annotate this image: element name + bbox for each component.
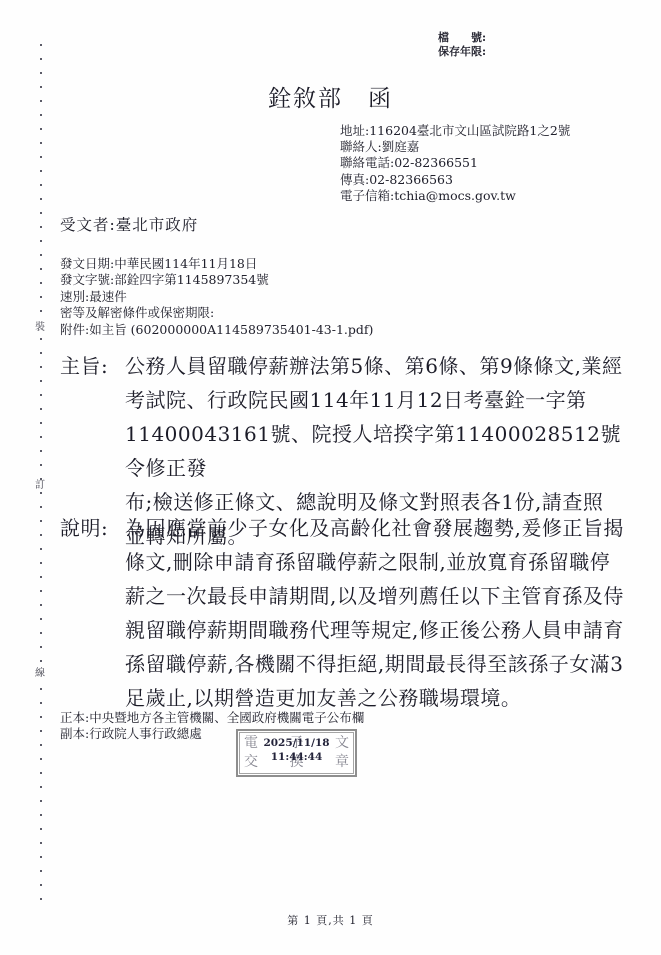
file-number-label: 檔 號: [438, 31, 486, 45]
binding-mark-ding: 訂 [32, 480, 48, 492]
stamp-date: 2025/11/18 [240, 736, 353, 750]
subject-line: 公務人員留職停薪辦法第5條、第6條、第9條條文,業經 [125, 349, 625, 383]
document-title: 銓敘部 函 [0, 80, 661, 113]
explanation-line: 孫留職停薪,各機關不得拒絕,期間最長得至該孫子女滿3 [125, 647, 625, 681]
sender-phone: 聯絡電話:02-82366551 [340, 155, 570, 171]
explanation-body: 為因應當前少子女化及高齡化社會發展趨勢,爰修正旨揭 條文,刪除申請育孫留職停薪之… [125, 511, 625, 715]
explanation-line: 條文,刪除申請育孫留職停薪之限制,並放寬育孫留職停 [125, 545, 625, 579]
document-number: 發文字號:部銓四字第1145897354號 [60, 272, 373, 288]
stamp-time: 11:44:44 [240, 750, 353, 764]
binding-mark-zhuang: 裝 [32, 322, 48, 334]
explanation-paragraph: 說明: 為因應當前少子女化及高齡化社會發展趨勢,爰修正旨揭 條文,刪除申請育孫留… [60, 511, 625, 715]
original-copy-line: 正本:中央暨地方各主管機關、全國政府機關電子公布欄 [60, 710, 364, 726]
sender-email: 電子信箱:tchia@mocs.gov.tw [340, 188, 570, 204]
sender-info-block: 地址:116204臺北市文山區試院路1之2號 聯絡人:劉庭嘉 聯絡電話:02-8… [340, 123, 570, 204]
explanation-line: 薪之一次最長申請期間,以及增列薦任以下主管育孫及侍 [125, 579, 625, 613]
subject-line: 11400043161號、院授人培揆字第11400028512號令修正發 [125, 417, 625, 485]
binding-dotted-line [40, 44, 42, 906]
file-header: 檔 號: 保存年限: [438, 31, 486, 58]
page-number-footer: 第 1 頁,共 1 頁 [0, 912, 661, 928]
sender-address: 地址:116204臺北市文山區試院路1之2號 [340, 123, 570, 139]
stamp-inner-border: 電 子 文 交 換 章 2025/11/18 11:44:44 [239, 732, 354, 774]
binding-mark-xian: 線 [32, 668, 48, 680]
subject-line: 考試院、行政院民國114年11月12日考臺銓一字第 [125, 383, 625, 417]
official-letter-page: 裝 訂 線 檔 號: 保存年限: 銓敘部 函 地址:116204臺北市文山區試院… [0, 0, 661, 955]
speed-class: 速別:最速件 [60, 289, 373, 305]
attachment-line: 附件:如主旨 (602000000A114589735401-43-1.pdf) [60, 322, 373, 338]
sender-fax: 傳真:02-82366563 [340, 172, 570, 188]
explanation-line: 為因應當前少子女化及高齡化社會發展趨勢,爰修正旨揭 [125, 511, 625, 545]
explanation-line: 親留職停薪期間職務代理等規定,修正後公務人員申請育 [125, 613, 625, 647]
recipient-line: 受文者:臺北市政府 [60, 213, 198, 235]
issue-date: 發文日期:中華民國114年11月18日 [60, 256, 373, 272]
stamp-timestamp: 2025/11/18 11:44:44 [240, 736, 353, 764]
sender-contact-person: 聯絡人:劉庭嘉 [340, 139, 570, 155]
document-meta-block: 發文日期:中華民國114年11月18日 發文字號:部銓四字第1145897354… [60, 256, 373, 338]
security-class: 密等及解密條件或保密期限: [60, 305, 373, 321]
electronic-exchange-stamp: 電 子 文 交 換 章 2025/11/18 11:44:44 [236, 729, 357, 777]
retention-period-label: 保存年限: [438, 45, 486, 59]
explanation-label: 說明: [60, 511, 125, 715]
